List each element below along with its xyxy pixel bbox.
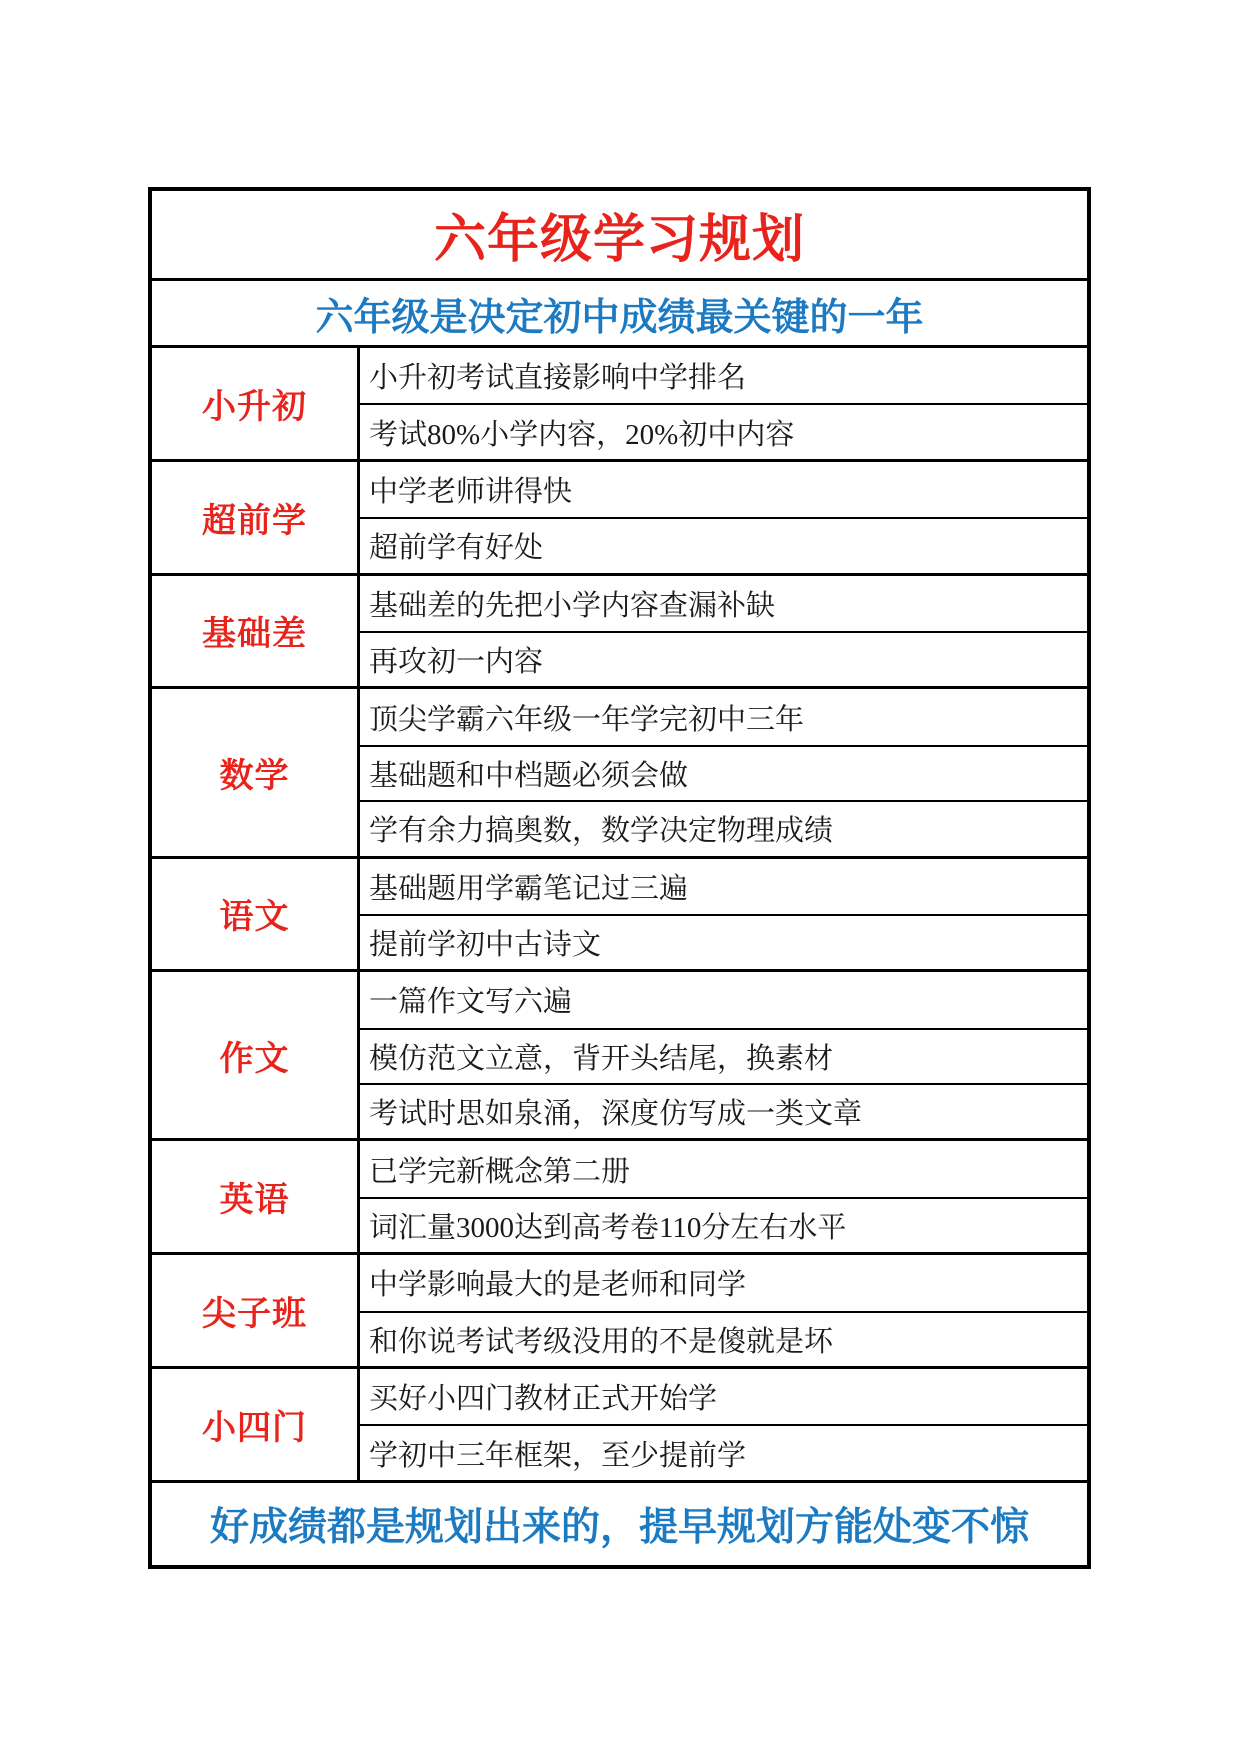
section-label-cell: 基础差 [152, 576, 360, 687]
row-text: 模仿范文立意，背开头结尾，换素材 [369, 1036, 833, 1077]
study-plan-table: 六年级学习规划 六年级是决定初中成绩最关键的一年 小升初 小升初考试直接影响中学… [148, 187, 1091, 1569]
table-row: 中学影响最大的是老师和同学 [360, 1255, 1087, 1310]
row-text: 考试时思如泉涌，深度仿写成一类文章 [369, 1091, 862, 1132]
table-row: 买好小四门教材正式开始学 [360, 1369, 1087, 1424]
section-label-cell: 数学 [152, 689, 360, 855]
section-label: 语文 [220, 889, 290, 938]
table-row: 学有余力搞奥数，数学决定物理成绩 [360, 800, 1087, 855]
row-text: 一篇作文写六遍 [369, 979, 572, 1020]
section-label: 数学 [220, 748, 290, 797]
section-label: 尖子班 [202, 1286, 307, 1335]
page-subtitle: 六年级是决定初中成绩最关键的一年 [315, 286, 923, 341]
table-row: 小升初考试直接影响中学排名 [360, 348, 1087, 403]
row-text: 中学影响最大的是老师和同学 [369, 1262, 746, 1303]
table-row: 模仿范文立意，背开头结尾，换素材 [360, 1028, 1087, 1083]
footer-text: 好成绩都是规划出来的，提早规划方能处变不惊 [210, 1496, 1029, 1552]
section-shuxue: 数学 顶尖学霸六年级一年学完初中三年 基础题和中档题必须会做 学有余力搞奥数，数… [152, 686, 1087, 855]
table-row: 基础差的先把小学内容查漏补缺 [360, 576, 1087, 631]
section-xiaoshengchu: 小升初 小升初考试直接影响中学排名 考试80%小学内容，20%初中内容 [152, 348, 1087, 459]
section-label: 基础差 [202, 606, 307, 655]
table-row: 再攻初一内容 [360, 631, 1087, 686]
row-text: 基础题用学霸笔记过三遍 [369, 866, 688, 907]
section-label: 作文 [220, 1031, 290, 1080]
section-rows: 一篇作文写六遍 模仿范文立意，背开头结尾，换素材 考试时思如泉涌，深度仿写成一类… [360, 972, 1087, 1138]
row-text: 顶尖学霸六年级一年学完初中三年 [369, 697, 804, 738]
section-label-cell: 尖子班 [152, 1255, 360, 1366]
section-label: 超前学 [202, 493, 307, 542]
section-rows: 基础题用学霸笔记过三遍 提前学初中古诗文 [360, 859, 1087, 970]
table-row: 考试80%小学内容，20%初中内容 [360, 403, 1087, 458]
row-text: 基础题和中档题必须会做 [369, 753, 688, 794]
section-jianziban: 尖子班 中学影响最大的是老师和同学 和你说考试考级没用的不是傻就是坏 [152, 1252, 1087, 1366]
section-rows: 买好小四门教材正式开始学 学初中三年框架，至少提前学 [360, 1369, 1087, 1480]
section-xiaosimen: 小四门 买好小四门教材正式开始学 学初中三年框架，至少提前学 [152, 1366, 1087, 1480]
section-label-cell: 作文 [152, 972, 360, 1138]
section-rows: 中学影响最大的是老师和同学 和你说考试考级没用的不是傻就是坏 [360, 1255, 1087, 1366]
section-label: 小升初 [202, 379, 307, 428]
table-row: 超前学有好处 [360, 517, 1087, 572]
table-row: 基础题用学霸笔记过三遍 [360, 859, 1087, 914]
row-text: 中学老师讲得快 [369, 469, 572, 510]
table-row: 提前学初中古诗文 [360, 914, 1087, 969]
section-rows: 顶尖学霸六年级一年学完初中三年 基础题和中档题必须会做 学有余力搞奥数，数学决定… [360, 689, 1087, 855]
row-text: 超前学有好处 [369, 525, 543, 566]
section-label-cell: 小升初 [152, 348, 360, 459]
section-label-cell: 语文 [152, 859, 360, 970]
table-body: 小升初 小升初考试直接影响中学排名 考试80%小学内容，20%初中内容 超前学 … [152, 348, 1087, 1480]
page-title: 六年级学习规划 [434, 197, 805, 272]
section-label-cell: 超前学 [152, 462, 360, 573]
row-text: 小升初考试直接影响中学排名 [369, 355, 746, 396]
table-row: 一篇作文写六遍 [360, 972, 1087, 1027]
row-text: 考试80%小学内容，20%初中内容 [369, 412, 794, 453]
table-row: 学初中三年框架，至少提前学 [360, 1424, 1087, 1479]
section-label: 小四门 [202, 1400, 307, 1449]
table-row: 基础题和中档题必须会做 [360, 745, 1087, 800]
row-text: 学初中三年框架，至少提前学 [369, 1433, 746, 1474]
section-label: 英语 [220, 1172, 290, 1221]
section-chaoqianxue: 超前学 中学老师讲得快 超前学有好处 [152, 459, 1087, 573]
section-rows: 小升初考试直接影响中学排名 考试80%小学内容，20%初中内容 [360, 348, 1087, 459]
table-row: 考试时思如泉涌，深度仿写成一类文章 [360, 1083, 1087, 1138]
table-row: 词汇量3000达到高考卷110分左右水平 [360, 1197, 1087, 1252]
row-text: 买好小四门教材正式开始学 [369, 1376, 717, 1417]
row-text: 基础差的先把小学内容查漏补缺 [369, 583, 775, 624]
table-row: 中学老师讲得快 [360, 462, 1087, 517]
section-zuowen: 作文 一篇作文写六遍 模仿范文立意，背开头结尾，换素材 考试时思如泉涌，深度仿写… [152, 969, 1087, 1138]
section-label-cell: 小四门 [152, 1369, 360, 1480]
table-title-row: 六年级学习规划 [152, 191, 1087, 281]
table-row: 和你说考试考级没用的不是傻就是坏 [360, 1311, 1087, 1366]
section-jichucha: 基础差 基础差的先把小学内容查漏补缺 再攻初一内容 [152, 573, 1087, 687]
section-rows: 中学老师讲得快 超前学有好处 [360, 462, 1087, 573]
row-text: 和你说考试考级没用的不是傻就是坏 [369, 1319, 833, 1360]
table-footer-row: 好成绩都是规划出来的，提早规划方能处变不惊 [152, 1480, 1087, 1565]
row-text: 提前学初中古诗文 [369, 922, 601, 963]
table-subtitle-row: 六年级是决定初中成绩最关键的一年 [152, 281, 1087, 348]
section-rows: 基础差的先把小学内容查漏补缺 再攻初一内容 [360, 576, 1087, 687]
section-yuwen: 语文 基础题用学霸笔记过三遍 提前学初中古诗文 [152, 856, 1087, 970]
row-text: 已学完新概念第二册 [369, 1149, 630, 1190]
section-rows: 已学完新概念第二册 词汇量3000达到高考卷110分左右水平 [360, 1141, 1087, 1252]
table-row: 顶尖学霸六年级一年学完初中三年 [360, 689, 1087, 744]
row-text: 再攻初一内容 [369, 639, 543, 680]
section-yingyu: 英语 已学完新概念第二册 词汇量3000达到高考卷110分左右水平 [152, 1138, 1087, 1252]
row-text: 学有余力搞奥数，数学决定物理成绩 [369, 808, 833, 849]
section-label-cell: 英语 [152, 1141, 360, 1252]
row-text: 词汇量3000达到高考卷110分左右水平 [369, 1205, 846, 1246]
table-row: 已学完新概念第二册 [360, 1141, 1087, 1196]
